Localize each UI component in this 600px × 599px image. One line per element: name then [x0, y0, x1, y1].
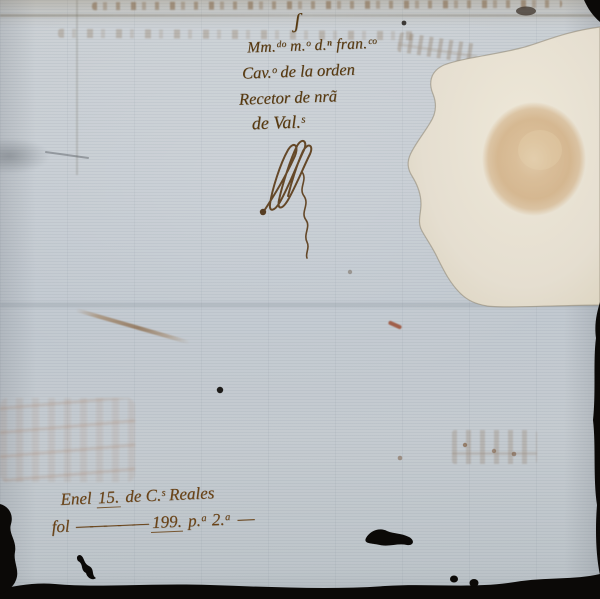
background-bottom-left-tear — [0, 504, 17, 594]
edge-and-blot-layer — [0, 0, 600, 599]
background-right-edge-sliver — [593, 302, 600, 575]
dark-smudge-top-right — [516, 7, 536, 16]
ink-blot-squiggle-left — [77, 555, 96, 579]
ink-dot-2 — [470, 579, 479, 587]
manuscript-photo: ʃ Mm.ᵈᵒ m.ᵒ d.ⁿ fran.ᶜᵒ Cav.ᵒ de la orde… — [0, 0, 600, 599]
ink-blot-squiggle-center — [365, 529, 413, 545]
background-top-right-corner — [584, 0, 600, 22]
ink-dot-1 — [450, 576, 458, 583]
